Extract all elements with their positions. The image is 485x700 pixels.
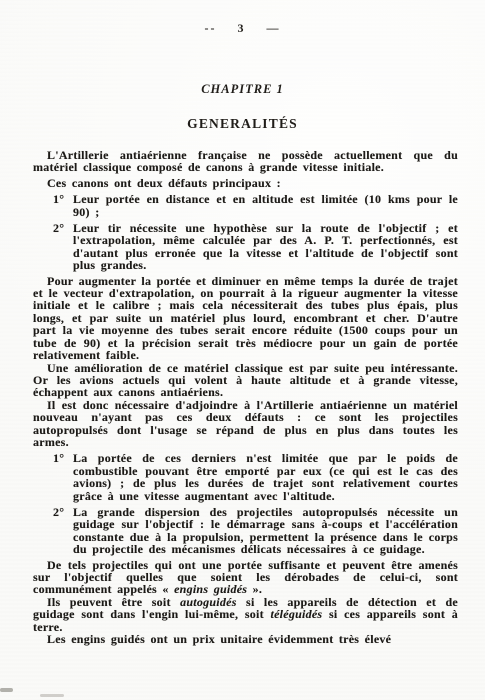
scan-smudge: [0, 688, 13, 692]
section-title: GENERALITÉS: [0, 116, 485, 132]
paragraph-necessaire: Il est donc nécessaire d'adjoindre à l'A…: [33, 399, 458, 449]
page-number: -- 3 —: [0, 21, 485, 36]
list-item-advantage-2: 2° La grande dispersion des projectiles …: [33, 506, 458, 556]
chapter-heading: CHAPITRE 1: [0, 82, 485, 97]
list-item-defect-2: 2° Leur tir nécessite une hypothèse sur …: [33, 222, 458, 272]
paragraph-prix: Les engins guidés ont un prix unitaire é…: [33, 633, 458, 645]
scan-smudge: [40, 694, 64, 697]
list-item-defect-1: 1° Leur portée en distance et en altitud…: [33, 193, 458, 218]
paragraph-engins-guides: De tels projectiles qui ont une portée s…: [33, 559, 458, 596]
paragraph-amelioration: Une amélioration de ce matériel classiqu…: [33, 362, 458, 399]
list-item-text: Leur tir nécessite une hypothèse sur la …: [73, 222, 458, 272]
list-item-text: La portée de ces derniers n'est limitée …: [73, 452, 458, 502]
paragraph-guidage-types: Ils peuvent être soit autoguidés si les …: [33, 596, 458, 633]
list-marker: 1°: [53, 452, 64, 464]
paragraph-defects-lead: Ces canons ont deux défauts principaux :: [33, 177, 458, 189]
paragraph-augmenter: Pour augmenter la portée et diminuer en …: [33, 275, 458, 362]
paragraph-intro: L'Artillerie antiaérienne française ne p…: [33, 149, 458, 174]
list-item-text: La grande dispersion des projectiles aut…: [73, 506, 458, 556]
list-item-advantage-1: 1° La portée de ces derniers n'est limit…: [33, 452, 458, 502]
italic-term-teleguides: téléguidés: [271, 607, 323, 621]
page-body: L'Artillerie antiaérienne française ne p…: [33, 149, 458, 645]
list-marker: 2°: [53, 222, 64, 234]
document-page: -- 3 — CHAPITRE 1 GENERALITÉS L'Artiller…: [0, 0, 485, 700]
list-item-text: Leur portée en distance et en altitude e…: [73, 193, 458, 218]
list-marker: 2°: [53, 506, 64, 518]
list-marker: 1°: [53, 193, 64, 205]
